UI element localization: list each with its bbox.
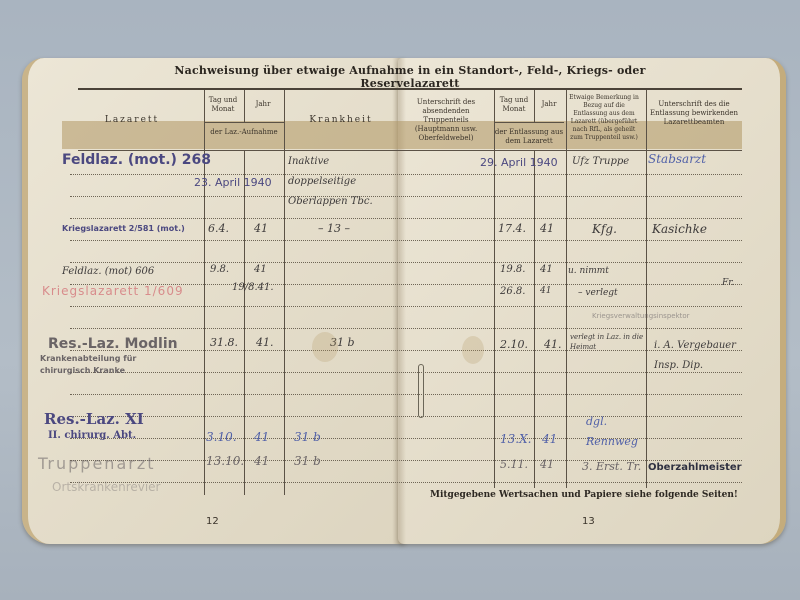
entry-7-oberzahlmeister-stamp: Oberzahlmeister [648,462,742,473]
ruled-line [70,240,742,241]
entry-5-lazarett-stamp: Res.-Laz. Modlin [48,336,178,352]
col-divider [494,90,495,488]
entry-2-lazarett-stamp: Kriegslazarett 2/581 (mot.) [62,224,185,233]
entry-2-bemerkung: Kfg. [592,222,617,236]
entry-6-aufnahme-tag: 3.10. [206,430,237,444]
entry-1-krankheit: Inaktive doppelseitige Oberlappen Tbc. [288,152,396,212]
header-bottom-rule [78,150,742,151]
entry-3-entlassung-tag: 19.8. [500,264,525,275]
col-header-entlassung: der Entlassung aus dem Lazarett [494,128,564,146]
entry-4-aufnahme: 19/8.41. [232,282,274,293]
entry-5-entlassung-tag: 2.10. [500,338,528,351]
entry-7-lazarett-sub1: Ortskrankenrevier [52,480,161,494]
col-header-jahr-2: Jahr [534,100,564,109]
entry-1-entlassung-date: 29. April 1940 [480,156,558,169]
col-header-unterschrift-beamten: Unterschrift des die Entlassung bewirken… [646,100,742,127]
col-header-unterschrift-truppenteil: Unterschrift des absendenden Truppenteil… [400,98,492,143]
col-header-tag-monat-2: Tag und Monat [494,96,534,114]
entry-7-lazarett-stamp: Truppenarzt [38,454,156,473]
ruled-line [70,262,742,263]
col-divider [284,90,285,495]
entry-7-bemerkung: 3. Erst. Tr. [582,460,641,473]
entry-4-stamp-kriegsverwaltung: Kriegsverwaltungsinspektor [592,312,690,320]
entry-5-aufnahme-jahr: 41. [256,336,274,349]
col-divider [244,150,245,495]
entry-2-krankheit: – 13 – [318,222,350,235]
entry-6-bemerkung: dgl. Rennweg [586,412,656,452]
footer-note: Mitgegebene Wertsachen und Papiere siehe… [430,490,738,500]
entry-6-lazarett-stamp: Res.-Laz. XI [44,410,144,428]
ruled-line [70,482,742,483]
entry-5-entlassung-jahr: 41. [544,338,562,351]
entry-6-krankheit: 31 b [294,430,321,444]
entry-7-entlassung-tag: 5.11. [500,458,528,471]
entry-3-bemerkung: u. nimmt [568,266,609,276]
ruled-line [70,372,742,373]
entry-4-lazarett-stamp: Kriegslazarett 1/609 [42,284,184,298]
subheader-rule-right [494,122,564,123]
entry-4-entlassung-tag: 26.8. [500,286,525,297]
entry-7-aufnahme-tag: 13.10. [206,454,244,468]
entry-6-entlassung-tag: 13.X. [500,432,531,446]
entry-1-lazarett-stamp: Feldlaz. (mot.) 268 [62,152,211,168]
entry-6-aufnahme-jahr: 41 [254,430,269,444]
ruled-line [70,174,742,175]
page-number-right: 13 [582,516,595,527]
entry-6-lazarett-sub1: II. chirurg. Abt. [48,430,136,441]
ruled-line [70,218,742,219]
entry-1-unterschrift: Stabsarzt [648,152,706,166]
entry-5-bemerkung: verlegt in Laz. in die Heimat [570,332,646,352]
subheader-rule-left [204,122,284,123]
col-header-lazarett: Lazarett [62,116,202,125]
entry-3-aufnahme-jahr: 41 [254,264,267,275]
entry-5-aufnahme-tag: 31.8. [210,336,238,349]
page-title: Nachweisung über etwaige Aufnahme in ein… [150,64,670,90]
col-header-krankheit: Krankheit [286,116,396,125]
col-divider [204,90,205,495]
staple [418,364,424,418]
entry-1-aufnahme-date: 23. April 1940 [194,176,272,189]
col-divider [566,90,567,488]
entry-2-aufnahme-jahr: 41 [254,222,268,235]
entry-1-bemerkung: Ufz Truppe [572,156,629,167]
stain [312,332,338,362]
entry-7-aufnahme-jahr: 41 [254,454,269,468]
header-rule [78,88,742,90]
entry-5-lazarett-sub2: chirurgisch Kranke [40,366,125,375]
ruled-line [70,306,742,307]
open-booklet: Nachweisung über etwaige Aufnahme in ein… [22,58,782,546]
entry-3-unterschrift: Fr. [722,278,734,288]
ruled-line [70,196,742,197]
col-divider [534,90,535,122]
col-header-tag-monat: Tag und Monat [204,96,242,114]
ruled-line [70,328,742,329]
entry-2-unterschrift: Kasichke [652,222,707,236]
entry-4-bemerkung: – verlegt [578,288,618,298]
entry-7-krankheit: 31 b [294,454,321,468]
entry-2-entlassung-tag: 17.4. [498,222,526,235]
entry-2-aufnahme-tag: 6.4. [208,222,229,235]
entry-3-aufnahme-tag: 9.8. [210,264,229,275]
col-divider [244,90,245,122]
stain [462,336,484,364]
entry-5-lazarett-sub1: Krankenabteilung für [40,354,136,363]
entry-2-entlassung-jahr: 41 [540,222,554,235]
entry-7-entlassung-jahr: 41 [540,458,554,471]
entry-6-entlassung-jahr: 41 [542,432,557,446]
col-header-jahr: Jahr [244,100,282,109]
entry-5-unterschrift: i. A. Vergebauer Insp. Dip. [654,336,754,376]
col-header-aufnahme: der Laz.-Aufnahme [204,128,284,137]
entry-3-lazarett: Feldlaz. (mot) 606 [62,266,154,277]
ruled-line [70,394,742,395]
entry-4-entlassung-jahr: 41 [540,286,551,296]
entry-3-entlassung-jahr: 41 [540,264,553,275]
page-number-left: 12 [206,516,219,527]
col-header-bemerkung: Etwaige Bemerkung in Bezug auf die Entla… [566,94,642,142]
